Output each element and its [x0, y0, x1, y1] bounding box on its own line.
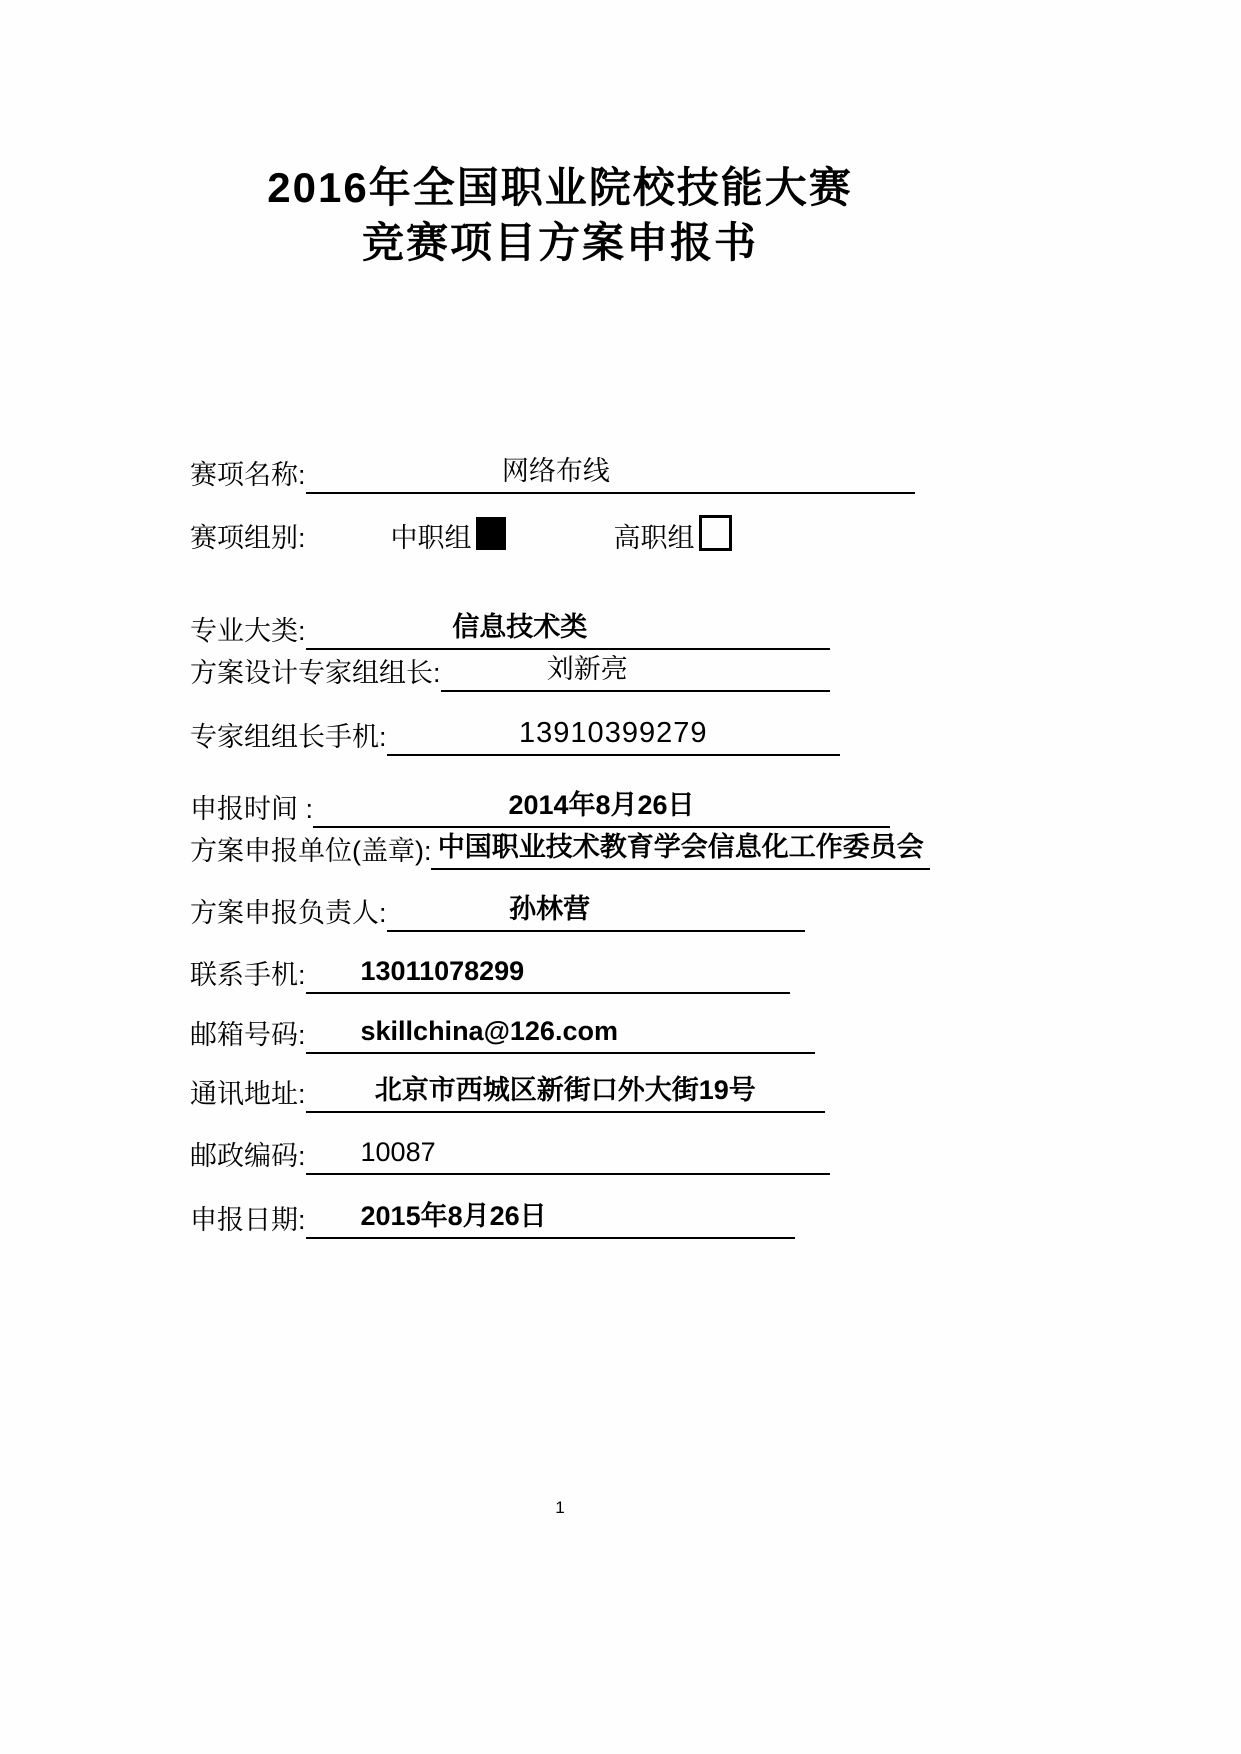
- field-application-time: 申报时间 : 2014年8月26日: [190, 786, 890, 828]
- document-title-line1: 2016年全国职业院校技能大赛: [190, 160, 930, 215]
- field-applicant-person-value: 孙林营: [387, 890, 805, 932]
- field-application-time-label: 申报时间 :: [190, 790, 313, 828]
- document-content: 2016年全国职业院校技能大赛 竞赛项目方案申报书 赛项名称: 网络布线 赛项组…: [190, 160, 930, 1239]
- field-event-name-value: 网络布线: [306, 452, 915, 494]
- field-address-label: 通讯地址:: [190, 1075, 306, 1113]
- field-applicant-person-label: 方案申报负责人:: [190, 894, 387, 932]
- field-applicant-person: 方案申报负责人: 孙林营: [190, 890, 805, 932]
- field-major-category-label: 专业大类:: [190, 612, 306, 650]
- field-contact-phone: 联系手机: 13011078299: [190, 952, 790, 994]
- field-expert-group-leader: 方案设计专家组组长: 刘新亮: [190, 650, 830, 692]
- document-page: 2016年全国职业院校技能大赛 竞赛项目方案申报书 赛项名称: 网络布线 赛项组…: [0, 0, 1241, 1754]
- field-application-time-value: 2014年8月26日: [313, 786, 890, 828]
- field-applicant-unit-value: 中国职业技术教育学会信息化工作委员会: [431, 828, 930, 870]
- field-contact-phone-value: 13011078299: [306, 952, 790, 994]
- field-application-date-value: 2015年8月26日: [306, 1197, 795, 1239]
- option-higher-vocational: 高职组: [614, 519, 732, 557]
- option-secondary-vocational-label: 中职组: [391, 519, 472, 557]
- field-major-category: 专业大类: 信息技术类: [190, 608, 830, 650]
- field-contact-phone-label: 联系手机:: [190, 956, 306, 994]
- field-expert-group-leader-label: 方案设计专家组组长:: [190, 654, 441, 692]
- field-event-group-label: 赛项组别:: [190, 519, 306, 557]
- checkbox-secondary-vocational-icon: [476, 517, 506, 550]
- page-number: 1: [190, 1498, 930, 1518]
- option-secondary-vocational: 中职组: [391, 519, 506, 557]
- field-applicant-unit-label: 方案申报单位(盖章):: [190, 832, 431, 870]
- field-event-group: 赛项组别: 中职组 高职组: [190, 518, 930, 558]
- field-expert-leader-phone-label: 专家组组长手机:: [190, 718, 387, 756]
- field-address-value: 北京市西城区新街口外大街19号: [306, 1071, 825, 1113]
- field-postal-code-value: 10087: [306, 1133, 830, 1175]
- field-expert-leader-phone: 专家组组长手机: 13910399279: [190, 714, 840, 756]
- field-expert-leader-phone-value: 13910399279: [387, 714, 840, 756]
- field-application-date: 申报日期: 2015年8月26日: [190, 1197, 795, 1239]
- field-applicant-unit: 方案申报单位(盖章): 中国职业技术教育学会信息化工作委员会: [190, 828, 930, 870]
- document-title-line2: 竞赛项目方案申报书: [190, 215, 930, 270]
- field-postal-code: 邮政编码: 10087: [190, 1133, 830, 1175]
- application-form: 赛项名称: 网络布线 赛项组别: 中职组 高职组 专业大类: 信息技术类: [190, 452, 930, 1239]
- field-application-date-label: 申报日期:: [190, 1201, 306, 1239]
- field-email-label: 邮箱号码:: [190, 1016, 306, 1054]
- field-email-value: skillchina@126.com: [306, 1012, 815, 1054]
- field-event-name-label: 赛项名称:: [190, 456, 306, 494]
- field-major-category-value: 信息技术类: [306, 608, 830, 650]
- field-event-name: 赛项名称: 网络布线: [190, 452, 915, 494]
- option-higher-vocational-label: 高职组: [614, 519, 695, 557]
- field-email: 邮箱号码: skillchina@126.com: [190, 1012, 815, 1054]
- checkbox-higher-vocational-icon: [699, 515, 732, 551]
- field-address: 通讯地址: 北京市西城区新街口外大街19号: [190, 1071, 825, 1113]
- field-expert-group-leader-value: 刘新亮: [441, 650, 830, 692]
- field-postal-code-label: 邮政编码:: [190, 1137, 306, 1175]
